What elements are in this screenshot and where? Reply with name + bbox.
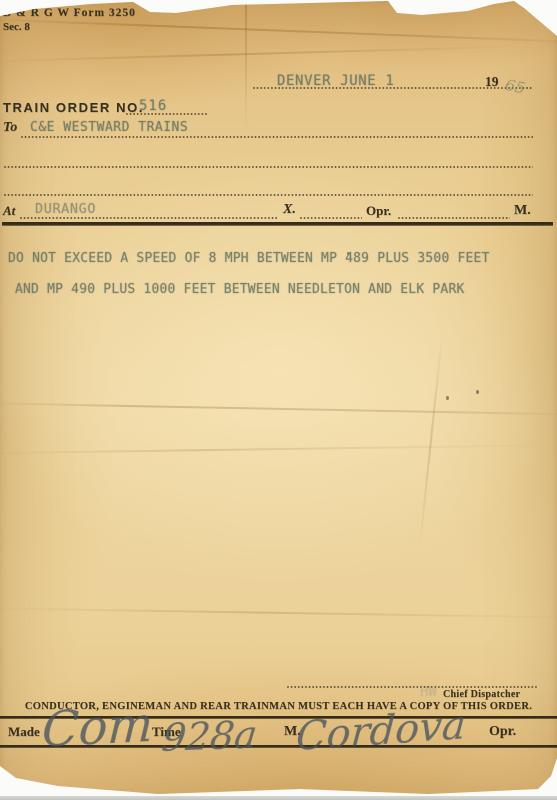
paper-crease: [0, 44, 557, 62]
order-text-line1: DO NOT EXCEED A SPEED OF 8 MPH BETWEEN M…: [8, 251, 490, 266]
heavy-rule: [2, 222, 553, 226]
year-printed: 19: [485, 74, 499, 90]
to-label: To: [3, 120, 17, 136]
at-value: DURANGO: [35, 201, 96, 217]
chief-dispatcher-label: Chief Dispatcher: [443, 689, 520, 700]
x-label: X.: [283, 202, 296, 218]
train-order-label: TRAIN ORDER NO.: [3, 100, 144, 115]
blank-dotted-line: [4, 166, 533, 168]
year-handwritten: 65: [503, 75, 527, 98]
at-label: At: [3, 203, 15, 219]
dispatcher-signature-line: [287, 686, 537, 688]
made-label: Made: [8, 724, 40, 740]
form-number: D & R G W Form 3250: [3, 7, 136, 19]
paper-crease: [419, 330, 444, 549]
dispatcher-initials: HW: [420, 684, 437, 700]
paper-crease: [0, 444, 557, 454]
city-date-typed: DENVER JUNE 1: [277, 73, 394, 89]
blank-dotted-line: [4, 194, 533, 196]
paper-speck: [476, 390, 479, 394]
m-label: M.: [514, 203, 531, 219]
handwritten-time-value: 928a: [160, 712, 260, 760]
scanner-edge: [0, 796, 557, 800]
to-dotted-line: [21, 136, 533, 138]
handwritten-made-value: Com: [41, 697, 155, 759]
to-value: C&E WESTWARD TRAINS: [30, 120, 188, 135]
paper-speck: [446, 396, 449, 400]
paper-sheet: D & R G W Form 3250 Sec. 8 DENVER JUNE 1…: [0, 0, 557, 800]
paper-crease: [0, 607, 557, 618]
scanned-train-order-document: D & R G W Form 3250 Sec. 8 DENVER JUNE 1…: [0, 0, 557, 800]
opr-dotted-line: [398, 217, 510, 219]
paper-crease: [245, 0, 247, 130]
opr-label: Opr.: [366, 203, 391, 219]
at-dotted-line: [20, 217, 278, 219]
x-dotted-line: [300, 217, 362, 219]
opr-label-bottom: Opr.: [489, 724, 516, 740]
paper-crease: [0, 18, 557, 44]
form-section: Sec. 8: [3, 21, 30, 33]
train-order-number: 516: [139, 98, 167, 114]
order-text-line2: AND MP 490 PLUS 1000 FEET BETWEEN NEEDLE…: [15, 282, 465, 297]
paper-crease: [0, 402, 557, 416]
